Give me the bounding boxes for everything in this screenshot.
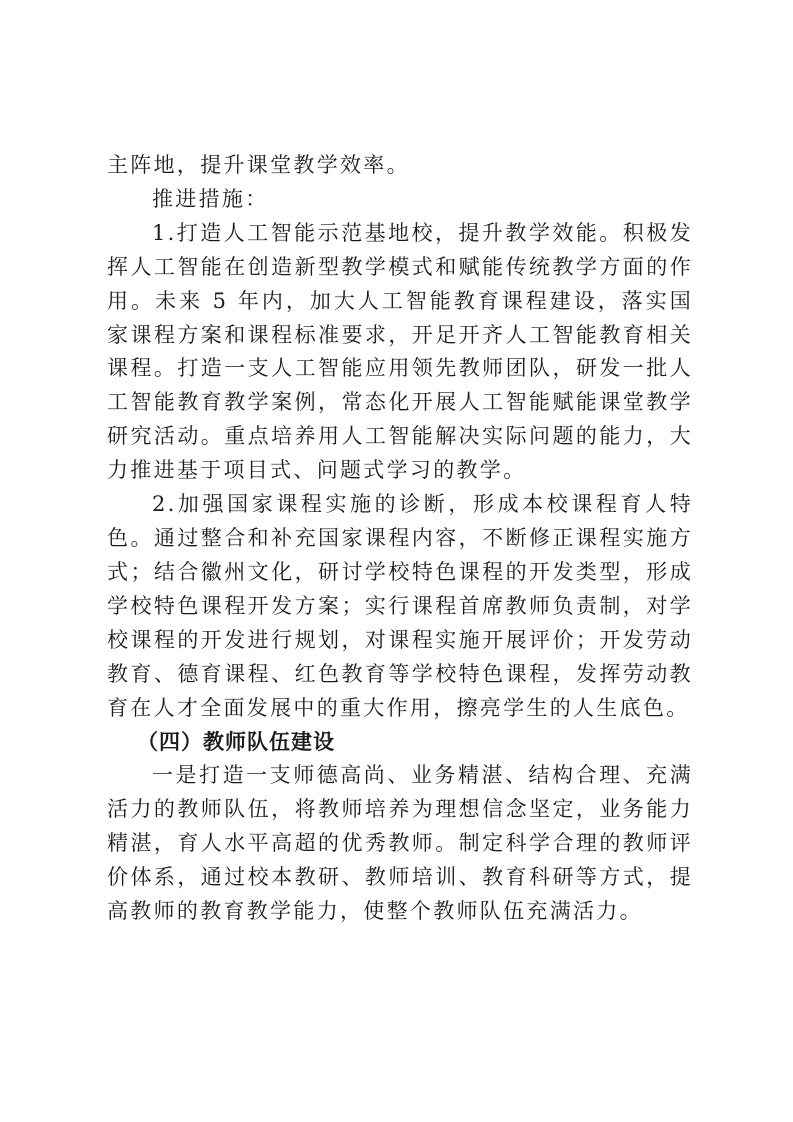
- document-page: 主阵地，提升课堂教学效率。 推进措施： 1.打造人工智能示范基地校，提升教学效能…: [107, 149, 693, 929]
- paragraph-teacher-team: 一是打造一支师德高尚、业务精湛、结构合理、充满活力的教师队伍，将教师培养为理想信…: [107, 759, 693, 929]
- section-heading-teacher-team: （四）教师队伍建设: [107, 725, 693, 759]
- paragraph-measure-2: 2.加强国家课程实施的诊断，形成本校课程育人特色。通过整合和补充国家课程内容，不…: [107, 488, 693, 725]
- paragraph-measures-label: 推进措施：: [107, 183, 693, 217]
- paragraph-continuation: 主阵地，提升课堂教学效率。: [107, 149, 693, 183]
- paragraph-measure-1: 1.打造人工智能示范基地校，提升教学效能。积极发挥人工智能在创造新型教学模式和赋…: [107, 217, 693, 488]
